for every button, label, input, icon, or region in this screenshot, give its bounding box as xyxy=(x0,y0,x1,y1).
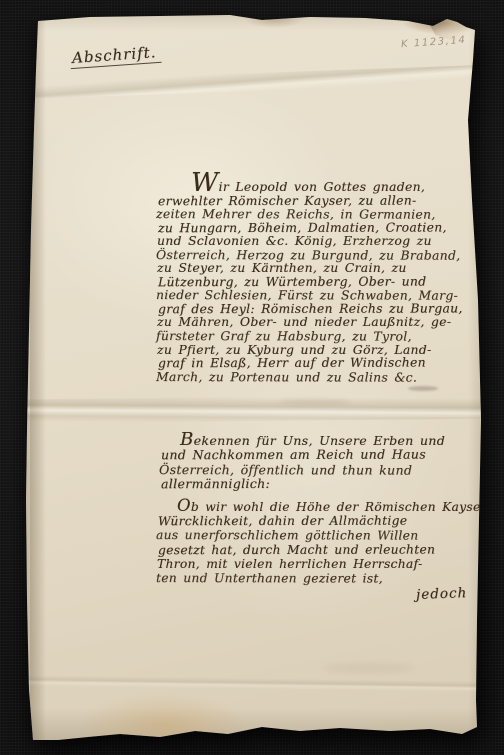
script-line: graf in Elsaß, Herr auf der Windischen xyxy=(158,356,500,370)
paper-shadow-wrapper: Abschrift. K 1123,14 Wir Leopold von Got… xyxy=(24,13,484,742)
script-line: Ob wir wohl die Höhe der Römischen Kayse… xyxy=(157,500,497,514)
script-line: zu Hungarn, Böheim, Dalmatien, Croatien, xyxy=(158,221,500,235)
fold-crease-bottom xyxy=(24,672,484,694)
ink-showthrough-smudge xyxy=(280,399,350,405)
script-line: zu Mähren, Ober- und nieder Laußnitz, ge… xyxy=(157,316,499,330)
script-line: Würcklichkeit, dahin der Allmächtige xyxy=(158,514,498,529)
script-line: Wir Leopold von Gottes gnaden, xyxy=(157,181,499,195)
manuscript-page: Abschrift. K 1123,14 Wir Leopold von Got… xyxy=(24,13,484,742)
archive-number-annotation: K 1123,14 xyxy=(401,35,467,51)
script-line: Thron, mit vielen herrlichen Herrschaf- xyxy=(157,557,497,571)
script-line: ten und Unterthanen gezieret ist, xyxy=(156,571,496,586)
script-line: aus unerforschlichem göttlichen Willen xyxy=(156,528,496,543)
script-line: und Nachkommen am Reich und Haus xyxy=(161,448,497,463)
intitulatio-paragraph: Wir Leopold von Gottes gnaden,erwehlter … xyxy=(157,181,499,384)
script-line: Österreich, Herzog zu Burgund, zu Braban… xyxy=(156,249,498,263)
catchword: jedoch xyxy=(416,585,468,603)
promulgatio-paragraph: Bekennen für Uns, Unsere Erben undund Na… xyxy=(160,434,496,492)
script-line: March, zu Portenau und zu Salins &c. xyxy=(156,371,498,385)
script-line: und Sclavonien &c. König, Erzherzog zu xyxy=(157,235,499,249)
archival-photo-background: Abschrift. K 1123,14 Wir Leopold von Got… xyxy=(0,0,504,755)
script-line: gesetzt hat, durch Macht und erleuchten xyxy=(158,542,498,557)
narratio-paragraph: Ob wir wohl die Höhe der Römischen Kayse… xyxy=(157,500,497,585)
fold-crease-middle xyxy=(24,395,484,424)
script-line: fürsteter Graf zu Habsburg, zu Tyrol, xyxy=(156,330,498,344)
script-line: graf des Heyl: Römischen Reichs zu Burga… xyxy=(158,302,500,316)
copy-note-annotation: Abschrift. xyxy=(69,43,161,69)
fold-crease-top xyxy=(24,65,484,99)
left-edge-curl-shadow xyxy=(30,13,46,742)
paper-stain xyxy=(324,663,414,673)
pencil-smudge xyxy=(408,386,438,391)
script-line: allermänniglich: xyxy=(161,477,497,492)
